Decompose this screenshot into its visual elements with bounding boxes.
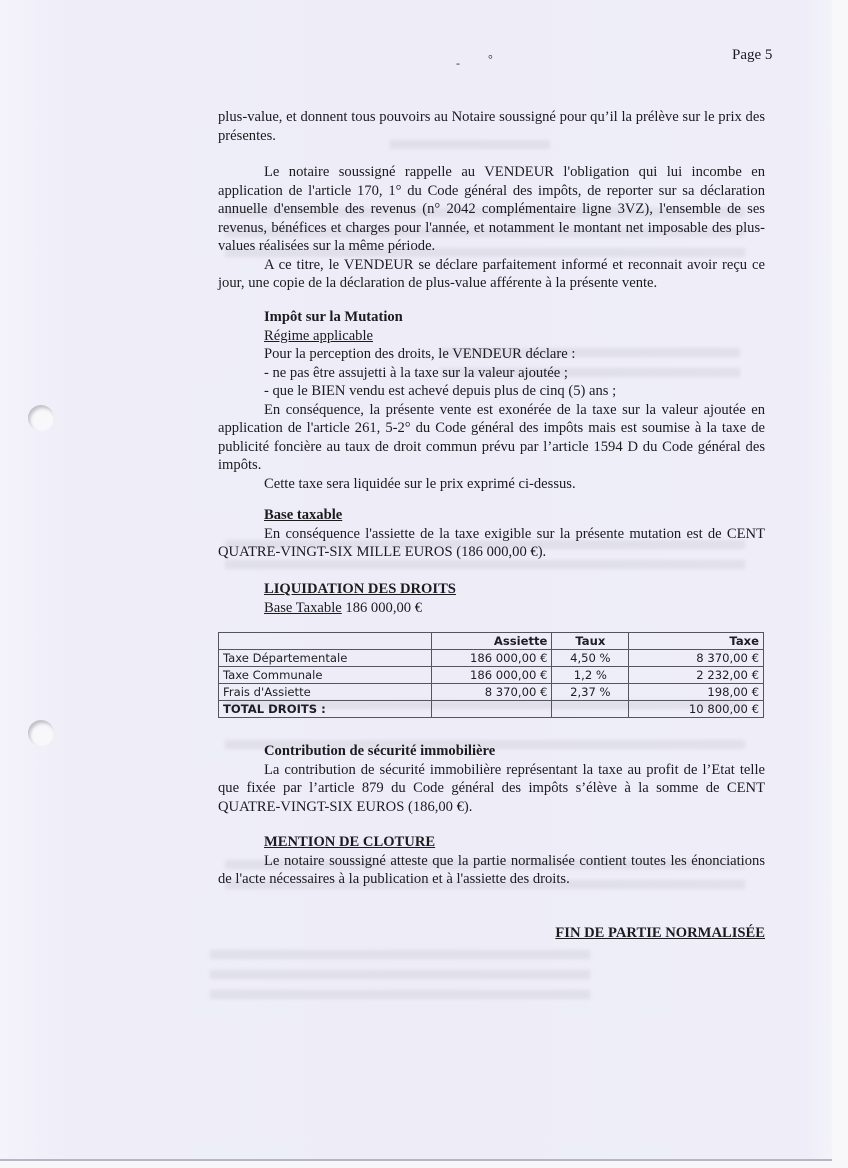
liquidation-section: LIQUIDATION DES DROITS Base Taxable 186 … bbox=[218, 580, 765, 617]
show-through bbox=[210, 970, 590, 979]
liquidation-heading: LIQUIDATION DES DROITS bbox=[264, 581, 456, 597]
regime-subheading: Régime applicable bbox=[264, 328, 373, 344]
intro-section: plus-value, et donnent tous pouvoirs au … bbox=[218, 108, 765, 145]
declare-item: - que le BIEN vendu est achevé depuis pl… bbox=[218, 382, 765, 401]
punch-hole-icon bbox=[28, 720, 54, 746]
table-cell: Taxe Communale bbox=[219, 667, 432, 684]
total-label: TOTAL DROITS : bbox=[219, 701, 432, 718]
consequence-paragraph: En conséquence, la présente vente est ex… bbox=[218, 401, 765, 475]
show-through bbox=[210, 950, 590, 959]
contribution-section: Contribution de sécurité immobilière La … bbox=[218, 742, 765, 816]
scan-edge bbox=[832, 0, 848, 1168]
table-cell: 8 370,00 € bbox=[431, 684, 552, 701]
table-header-cell bbox=[219, 633, 432, 650]
contribution-heading: Contribution de sécurité immobilière bbox=[218, 742, 765, 761]
punch-hole-icon bbox=[28, 405, 54, 431]
table-cell: 186 000,00 € bbox=[431, 667, 552, 684]
table-cell: 186 000,00 € bbox=[431, 650, 552, 667]
continuation-paragraph: plus-value, et donnent tous pouvoirs au … bbox=[218, 108, 765, 145]
impot-mutation-section: Impôt sur la Mutation Régime applicable … bbox=[218, 308, 765, 493]
table-header-cell: Taux bbox=[552, 633, 629, 650]
table-header-cell: Taxe bbox=[629, 633, 764, 650]
fin-partie-normalisee: FIN DE PARTIE NORMALISÉE bbox=[555, 925, 765, 941]
table-row: Taxe Départementale 186 000,00 € 4,50 % … bbox=[219, 650, 764, 667]
scan-margin bbox=[0, 1161, 848, 1168]
table-cell: 1,2 % bbox=[552, 667, 629, 684]
table-cell: 2 232,00 € bbox=[629, 667, 764, 684]
base-taxable-label: Base Taxable bbox=[264, 600, 342, 616]
droits-table: Assiette Taux Taxe Taxe Départementale 1… bbox=[218, 632, 764, 718]
contribution-paragraph: La contribution de sécurité immobilière … bbox=[218, 761, 765, 817]
scan-mark: - bbox=[456, 56, 460, 71]
base-taxable-value: 186 000,00 € bbox=[345, 600, 422, 616]
declare-item: - ne pas être assujetti à la taxe sur la… bbox=[218, 364, 765, 383]
cloture-heading: MENTION DE CLOTURE bbox=[264, 834, 435, 850]
rappel-paragraph: Le notaire soussigné rappelle au VENDEUR… bbox=[218, 163, 765, 256]
base-taxable-paragraph: En conséquence l'assiette de la taxe exi… bbox=[218, 525, 765, 562]
rappel-section: Le notaire soussigné rappelle au VENDEUR… bbox=[218, 163, 765, 293]
page-number: Page 5 bbox=[732, 47, 772, 64]
show-through bbox=[210, 990, 590, 999]
table-row: Taxe Communale 186 000,00 € 1,2 % 2 232,… bbox=[219, 667, 764, 684]
table-header-cell: Assiette bbox=[431, 633, 552, 650]
table-cell: Taxe Départementale bbox=[219, 650, 432, 667]
scan-mark: ° bbox=[488, 52, 493, 67]
impot-mutation-heading: Impôt sur la Mutation bbox=[218, 308, 765, 327]
table-cell: 198,00 € bbox=[629, 684, 764, 701]
liquidee-line: Cette taxe sera liquidée sur le prix exp… bbox=[218, 475, 765, 494]
table-row: Frais d'Assiette 8 370,00 € 2,37 % 198,0… bbox=[219, 684, 764, 701]
base-taxable-section: Base taxable En conséquence l'assiette d… bbox=[218, 506, 765, 562]
footer-section: FIN DE PARTIE NORMALISÉE bbox=[218, 924, 765, 943]
base-taxable-heading: Base taxable bbox=[264, 507, 342, 523]
table-cell: 4,50 % bbox=[552, 650, 629, 667]
total-value: 10 800,00 € bbox=[629, 701, 764, 718]
table-cell: 8 370,00 € bbox=[629, 650, 764, 667]
table-cell bbox=[552, 701, 629, 718]
titre-paragraph: A ce titre, le VENDEUR se déclare parfai… bbox=[218, 256, 765, 293]
table-cell bbox=[431, 701, 552, 718]
table-cell: 2,37 % bbox=[552, 684, 629, 701]
declare-line: Pour la perception des droits, le VENDEU… bbox=[218, 345, 765, 364]
cloture-section: MENTION DE CLOTURE Le notaire soussigné … bbox=[218, 833, 765, 889]
table-header-row: Assiette Taux Taxe bbox=[219, 633, 764, 650]
table-cell: Frais d'Assiette bbox=[219, 684, 432, 701]
table-total-row: TOTAL DROITS : 10 800,00 € bbox=[219, 701, 764, 718]
cloture-paragraph: Le notaire soussigné atteste que la part… bbox=[218, 852, 765, 889]
